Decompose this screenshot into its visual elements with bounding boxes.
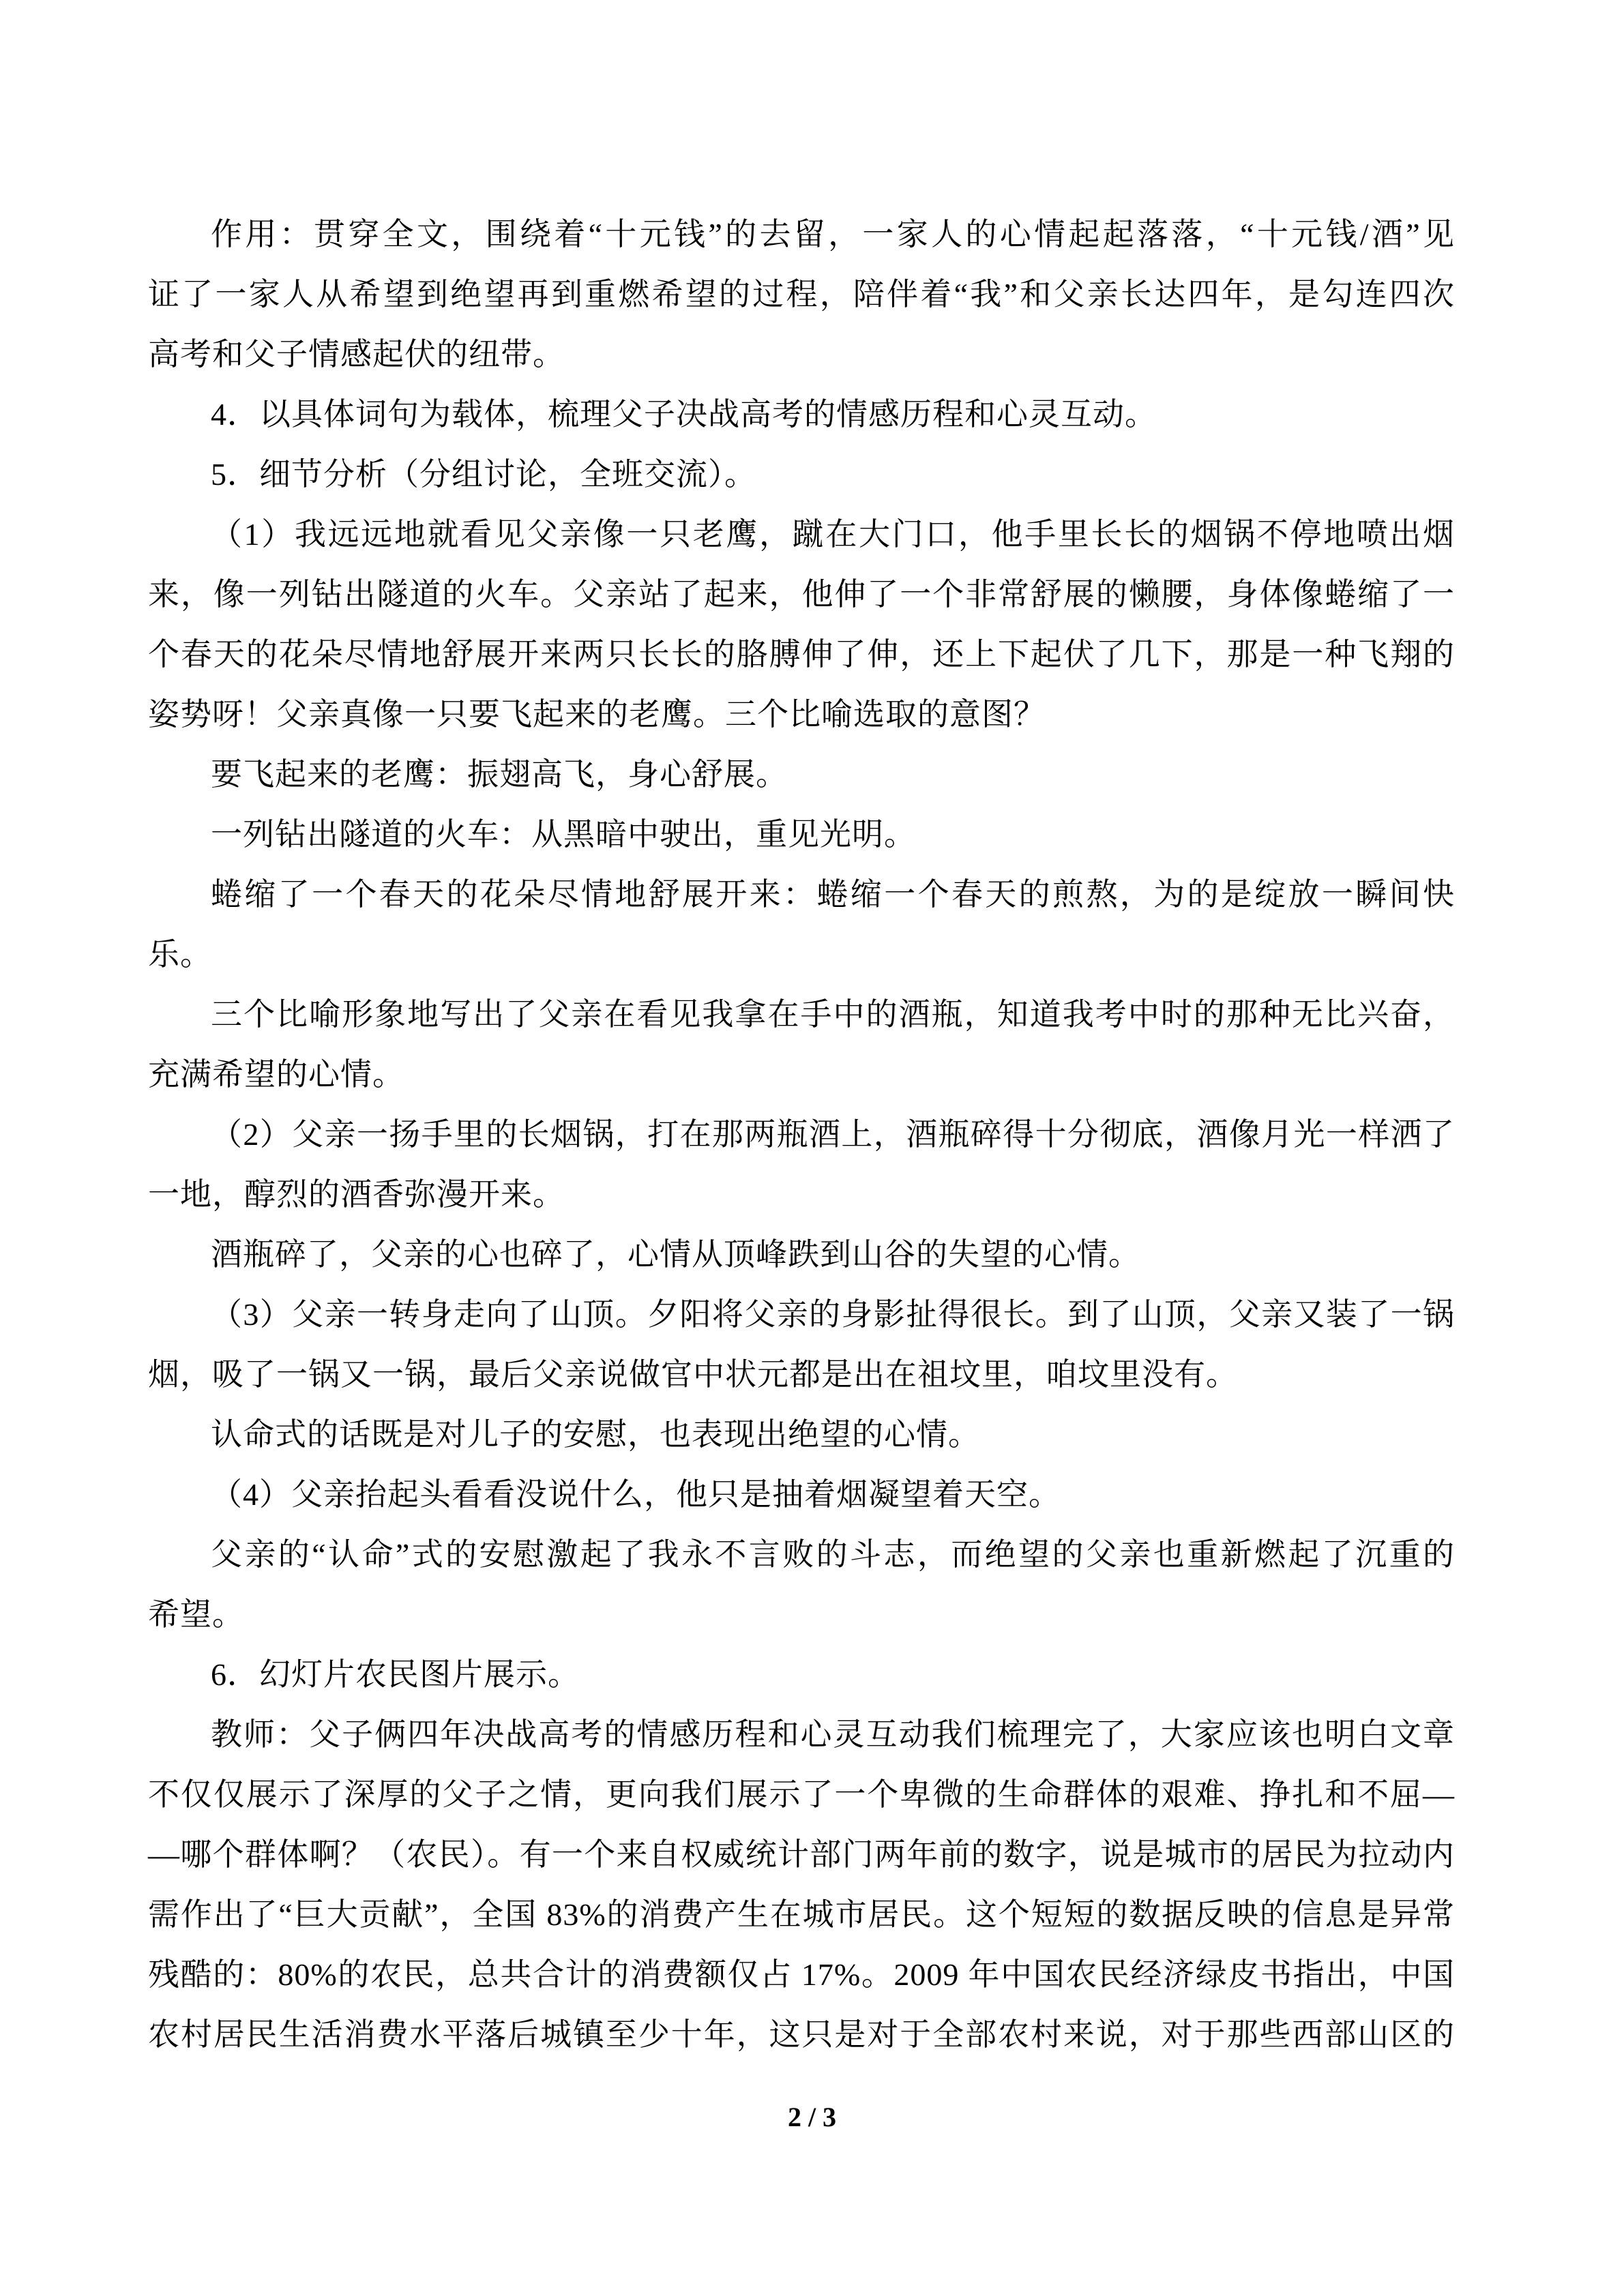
text-line: 个春天的花朵尽情地舒展开来两只长长的胳膊伸了伸，还上下起伏了几下，那是一种飞翔的: [148, 625, 1455, 685]
text-line: 不仅仅展示了深厚的父子之情，更向我们展示了一个卑微的生命群体的艰难、挣扎和不屈—: [148, 1765, 1455, 1825]
text-line: 一地，醇烈的酒香弥漫开来。: [148, 1165, 1455, 1225]
text-line: 要飞起来的老鹰：振翅高飞，身心舒展。: [148, 745, 1455, 805]
text-line: 乐。: [148, 925, 1455, 985]
text-line: 烟，吸了一锅又一锅，最后父亲说做官中状元都是出在祖坟里，咱坟里没有。: [148, 1345, 1455, 1405]
text-line: 高考和父子情感起伏的纽带。: [148, 325, 1455, 385]
document-body: 作用：贯穿全文，围绕着“十元钱”的去留，一家人的心情起起落落，“十元钱/酒”见证…: [148, 205, 1455, 2065]
text-line: 5．细节分析（分组讨论，全班交流）。: [148, 445, 1455, 505]
text-line: 农村居民生活消费水平落后城镇至少十年，这只是对于全部农村来说，对于那些西部山区的: [148, 2005, 1455, 2065]
text-line: 残酷的：80%的农民，总共合计的消费额仅占 17%。2009 年中国农民经济绿皮…: [148, 1945, 1455, 2005]
text-line: 一列钻出隧道的火车：从黑暗中驶出，重见光明。: [148, 805, 1455, 865]
document-page: 作用：贯穿全文，围绕着“十元钱”的去留，一家人的心情起起落落，“十元钱/酒”见证…: [0, 0, 1624, 2296]
text-line: 教师：父子俩四年决战高考的情感历程和心灵互动我们梳理完了，大家应该也明白文章: [148, 1705, 1455, 1765]
text-line: 4．以具体词句为载体，梳理父子决战高考的情感历程和心灵互动。: [148, 385, 1455, 445]
text-line: 需作出了“巨大贡献”，全国 83%的消费产生在城市居民。这个短短的数据反映的信息…: [148, 1885, 1455, 1945]
text-line: （3）父亲一转身走向了山顶。夕阳将父亲的身影扯得很长。到了山顶，父亲又装了一锅: [148, 1285, 1455, 1345]
text-line: 6．幻灯片农民图片展示。: [148, 1645, 1455, 1705]
text-line: 充满希望的心情。: [148, 1045, 1455, 1105]
text-line: （1）我远远地就看见父亲像一只老鹰，蹴在大门口，他手里长长的烟锅不停地喷出烟: [148, 505, 1455, 565]
text-line: —哪个群体啊？（农民）。有一个来自权威统计部门两年前的数字，说是城市的居民为拉动…: [148, 1825, 1455, 1885]
text-line: 蜷缩了一个春天的花朵尽情地舒展开来：蜷缩一个春天的煎熬，为的是绽放一瞬间快: [148, 865, 1455, 925]
text-line: 作用：贯穿全文，围绕着“十元钱”的去留，一家人的心情起起落落，“十元钱/酒”见: [148, 205, 1455, 265]
text-line: （4）父亲抬起头看看没说什么，他只是抽着烟凝望着天空。: [148, 1465, 1455, 1525]
text-line: 三个比喻形象地写出了父亲在看见我拿在手中的酒瓶，知道我考中时的那种无比兴奋，: [148, 985, 1455, 1045]
text-line: 来，像一列钻出隧道的火车。父亲站了起来，他伸了一个非常舒展的懒腰，身体像蜷缩了一: [148, 565, 1455, 625]
text-line: 酒瓶碎了，父亲的心也碎了，心情从顶峰跌到山谷的失望的心情。: [148, 1225, 1455, 1285]
text-line: 认命式的话既是对儿子的安慰，也表现出绝望的心情。: [148, 1405, 1455, 1465]
text-line: 姿势呀！父亲真像一只要飞起来的老鹰。三个比喻选取的意图？: [148, 685, 1455, 745]
text-line: （2）父亲一扬手里的长烟锅，打在那两瓶酒上，酒瓶碎得十分彻底，酒像月光一样洒了: [148, 1105, 1455, 1165]
page-number: 2 / 3: [0, 2102, 1624, 2132]
text-line: 证了一家人从希望到绝望再到重燃希望的过程，陪伴着“我”和父亲长达四年，是勾连四次: [148, 265, 1455, 325]
text-line: 父亲的“认命”式的安慰激起了我永不言败的斗志，而绝望的父亲也重新燃起了沉重的: [148, 1525, 1455, 1585]
text-line: 希望。: [148, 1585, 1455, 1645]
